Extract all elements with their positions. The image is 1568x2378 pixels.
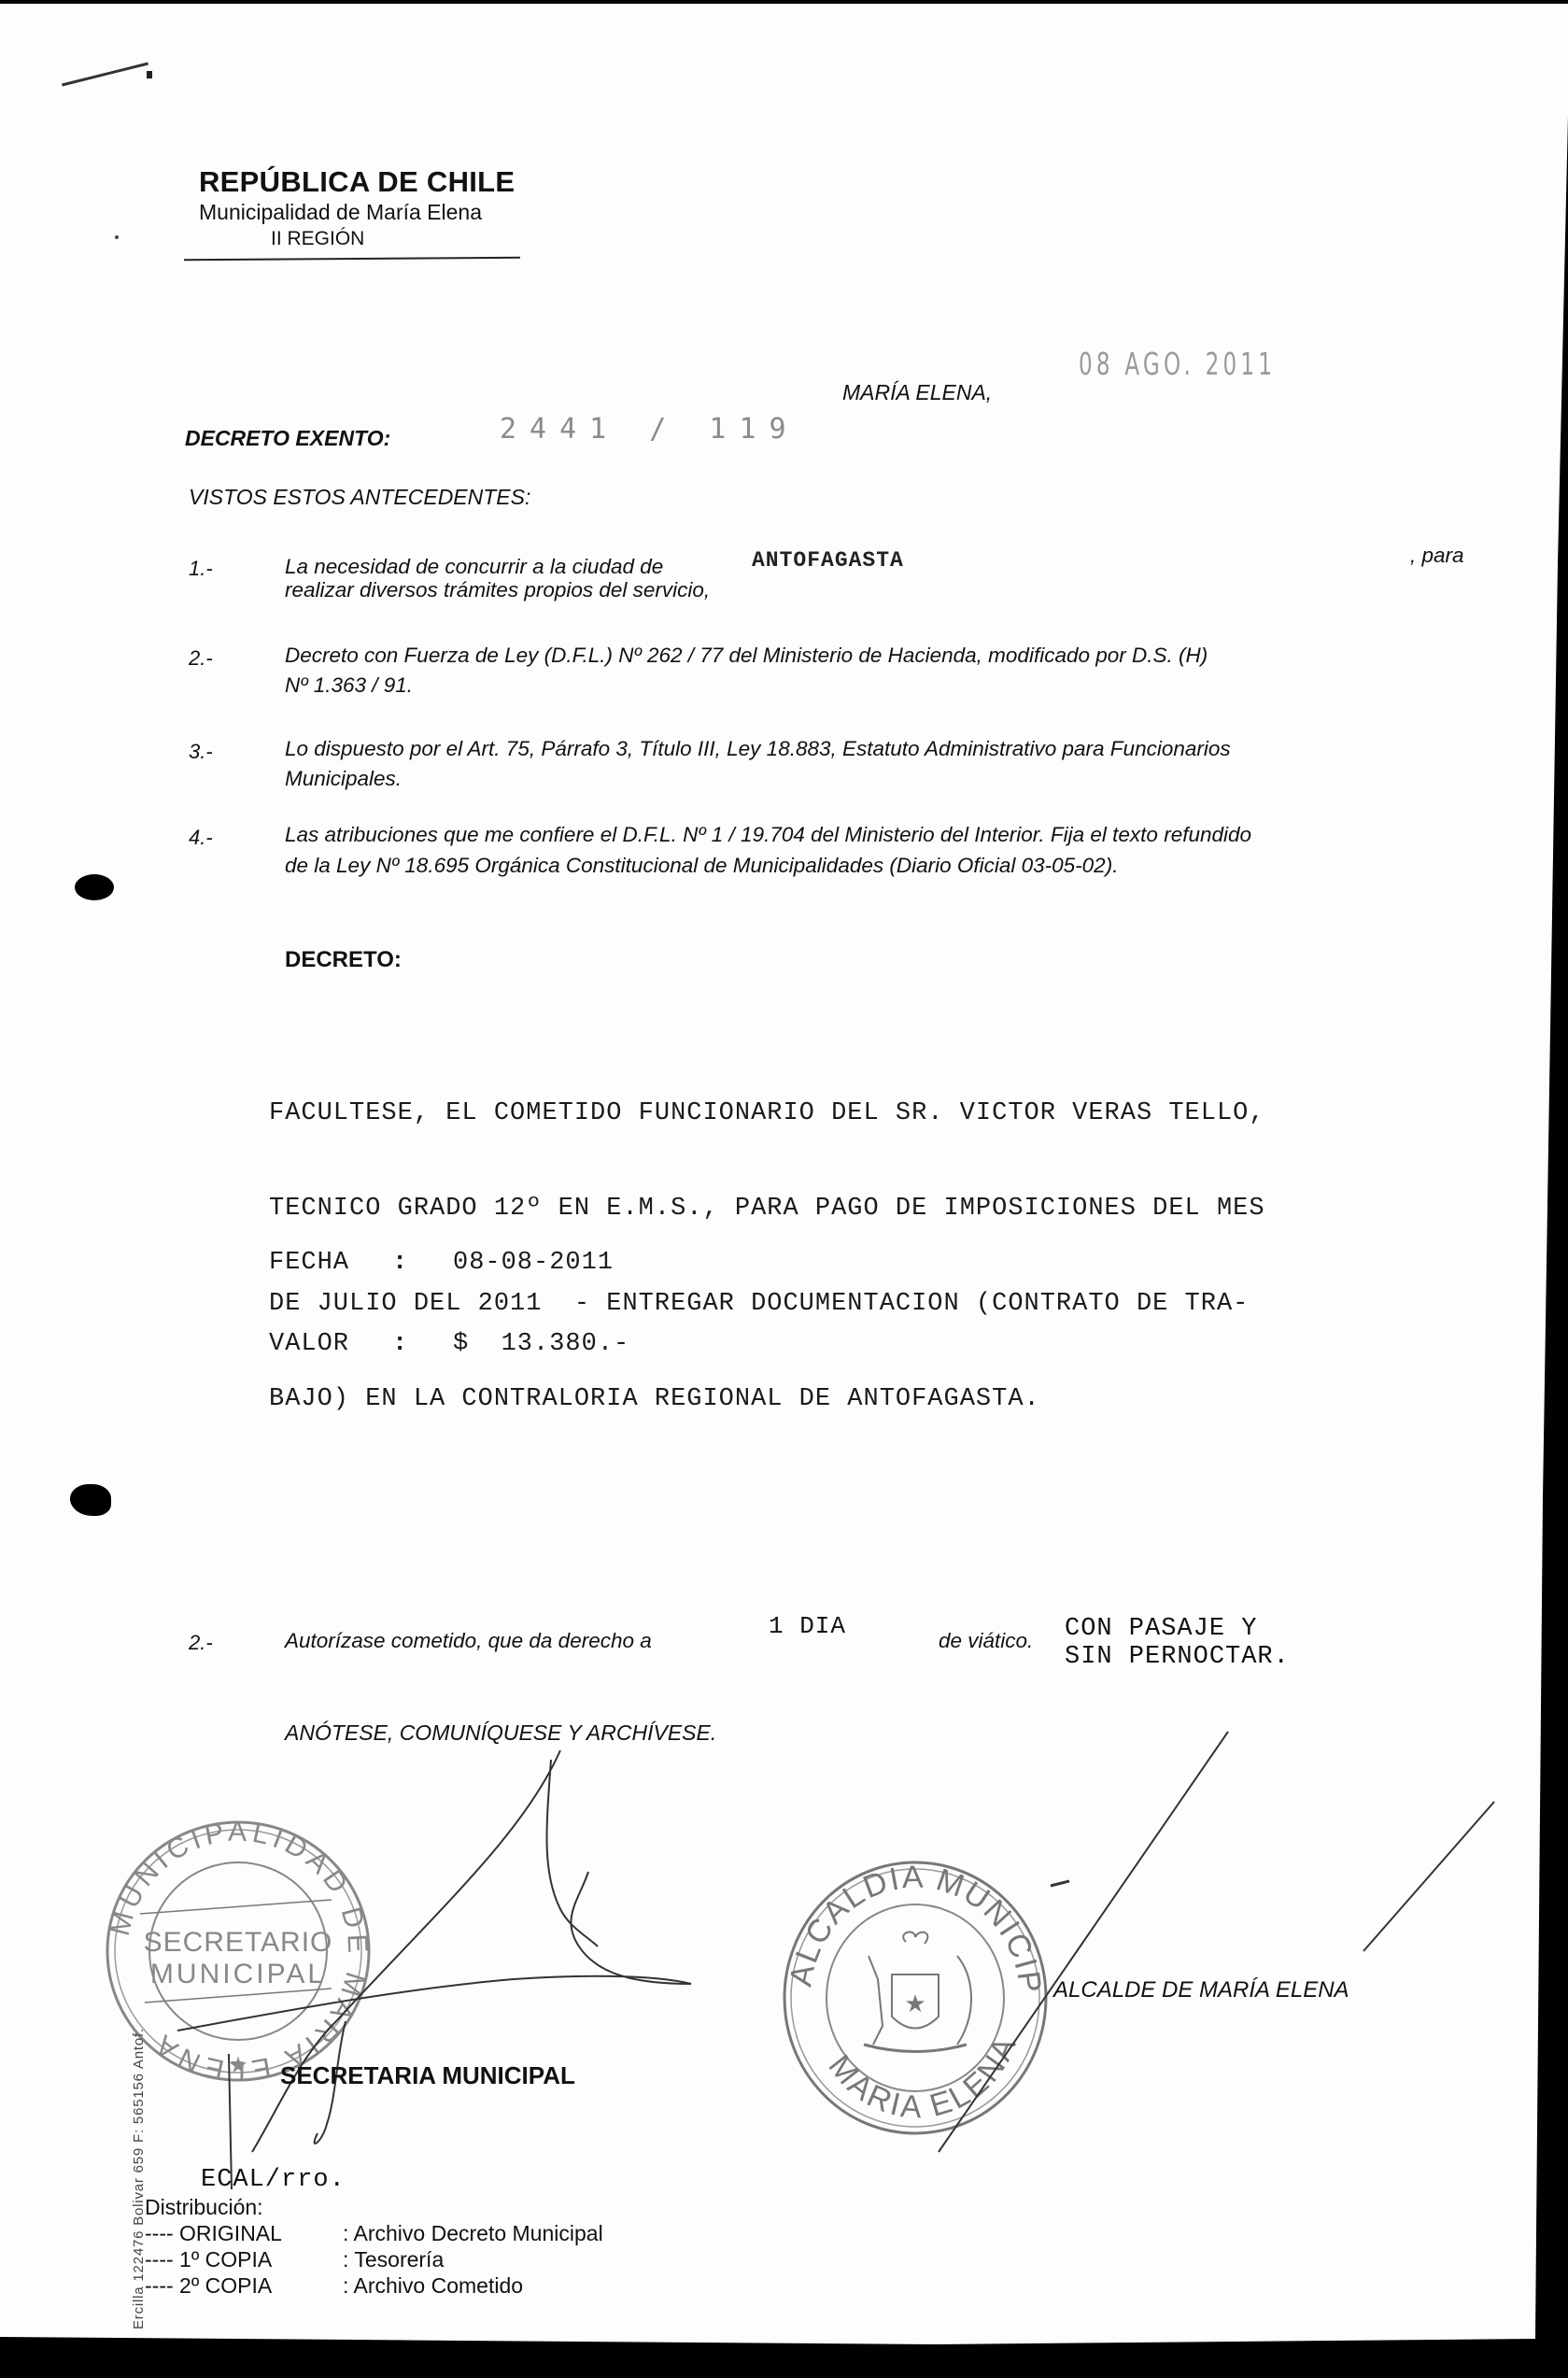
- distribution-heading: Distribución:: [145, 2194, 603, 2220]
- printer-imprint: Ercilla 122476 Bolivar 659 F: 565156 Ant…: [131, 2028, 147, 2329]
- distribution-row: ---- ORIGINAL : Archivo Decreto Municipa…: [145, 2220, 603, 2246]
- distribution-label: ---- 1º COPIA: [145, 2246, 343, 2272]
- distribution-value: : Archivo Decreto Municipal: [343, 2220, 603, 2246]
- punch-hole: [70, 1484, 111, 1516]
- distribution-block: Distribución: ---- ORIGINAL : Archivo De…: [145, 2194, 603, 2299]
- document-page: REPÚBLICA DE CHILE Municipalidad de Marí…: [0, 4, 1568, 2348]
- mayor-signature: [0, 4, 1568, 2378]
- distribution-label: ---- 2º COPIA: [145, 2272, 343, 2299]
- distribution-value: : Tesorería: [343, 2246, 444, 2272]
- distribution-row: ---- 2º COPIA : Archivo Cometido: [145, 2272, 603, 2299]
- distribution-label: ---- ORIGINAL: [145, 2220, 343, 2246]
- mayor-title: ALCALDE DE MARÍA ELENA: [1053, 1977, 1349, 2003]
- distribution-row: ---- 1º COPIA : Tesorería: [145, 2246, 603, 2272]
- distribution-value: : Archivo Cometido: [343, 2272, 523, 2299]
- punch-hole: [75, 874, 114, 900]
- typist-initials: ECAL/rro.: [201, 2166, 346, 2194]
